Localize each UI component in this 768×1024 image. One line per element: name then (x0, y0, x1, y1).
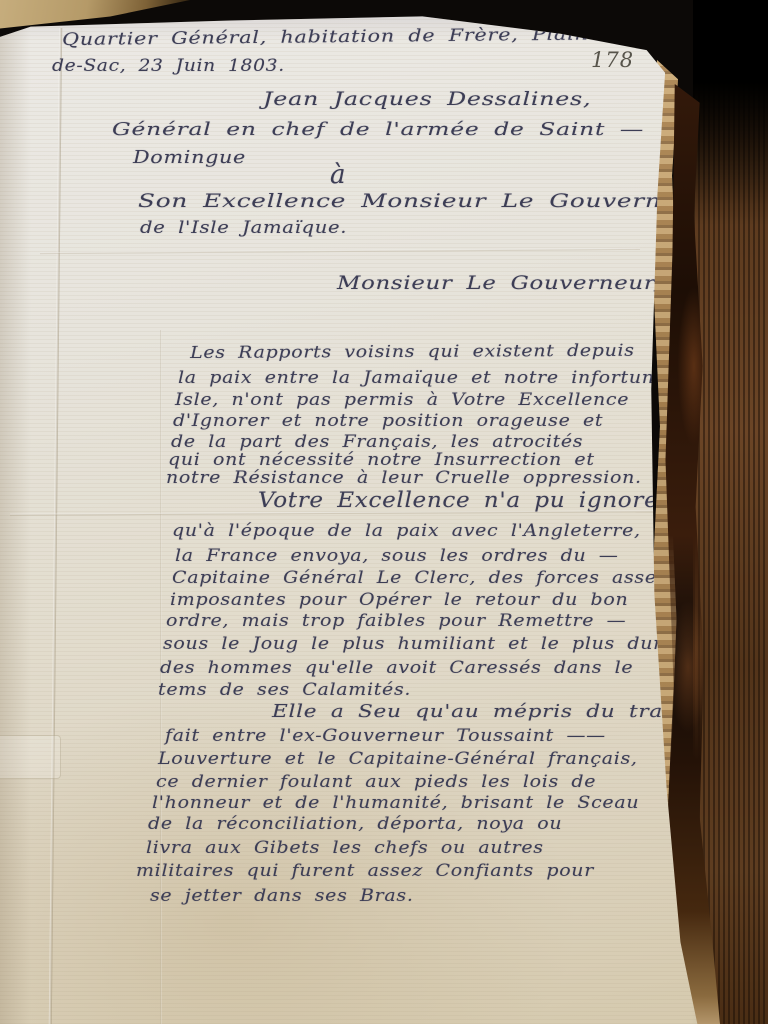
body-line: se jetter dans ses Bras. (150, 888, 414, 905)
body-line: de la part des Français, les atrocités (171, 434, 583, 451)
body-line: imposantes pour Opérer le retour du bon (170, 592, 628, 609)
body-line: livra aux Gibets les chefs ou autres (146, 840, 544, 857)
body-line: sous le Joug le plus humiliant et le plu… (163, 636, 663, 653)
body-line: de la réconciliation, déporta, noya ou (148, 816, 562, 833)
body-line: d'Ignorer et notre position orageuse et (173, 413, 603, 430)
body-line: Elle a Seu qu'au mépris du traité (272, 703, 694, 721)
sender-title-line: Général en chef de l'armée de Saint — (112, 121, 644, 139)
body-line: ce dernier foulant aux pieds les lois de (156, 774, 596, 791)
body-line: notre Résistance à leur Cruelle oppressi… (166, 470, 642, 487)
body-line: Louverture et le Capitaine-Général franç… (158, 751, 638, 768)
body-line: Les Rapports voisins qui existent depuis (190, 343, 635, 362)
manuscript-page: Quartier Général, habitation de Frère, P… (0, 0, 768, 1024)
body-line: des hommes qu'elle avoit Caressés dans l… (160, 660, 633, 677)
body-line: qui ont nécessité notre Insurrection et (168, 452, 595, 469)
recipient-line: Son Excellence Monsieur Le Gouverneur (138, 192, 706, 211)
body-line: Capitaine Général Le Clerc, des forces a… (172, 570, 667, 587)
body-line: Votre Excellence n'a pu ignorer (258, 490, 670, 511)
body-line: militaires qui furent assez Confiants po… (136, 863, 594, 880)
body-line: Isle, n'ont pas permis à Votre Excellenc… (175, 392, 629, 409)
photo-of-manuscript: Quartier Général, habitation de Frère, P… (0, 0, 768, 1024)
recipient-line: de l'Isle Jamaïque. (140, 220, 347, 237)
sender-name: Jean Jacques Dessalines, (263, 90, 591, 109)
body-line: l'honneur et de l'humanité, brisant le S… (152, 795, 639, 812)
body-line: qu'à l'époque de la paix avec l'Angleter… (172, 523, 641, 540)
folio-page-number: 178 (591, 50, 634, 71)
body-line: la France envoya, sous les ordres du — (175, 548, 619, 565)
sender-title-line: Domingue (133, 149, 246, 167)
address-prefix: à (330, 162, 346, 188)
body-line: tems de ses Calamités. (158, 682, 411, 699)
body-line: la paix entre la Jamaïque et notre infor… (178, 370, 679, 387)
dateline-line: de-Sac, 23 Juin 1803. (52, 58, 285, 75)
body-line: ordre, mais trop faibles pour Remettre — (166, 613, 626, 630)
body-line: fait entre l'ex-Gouverneur Toussaint —— (165, 728, 606, 745)
salutation: Monsieur Le Gouverneur, (337, 274, 661, 293)
